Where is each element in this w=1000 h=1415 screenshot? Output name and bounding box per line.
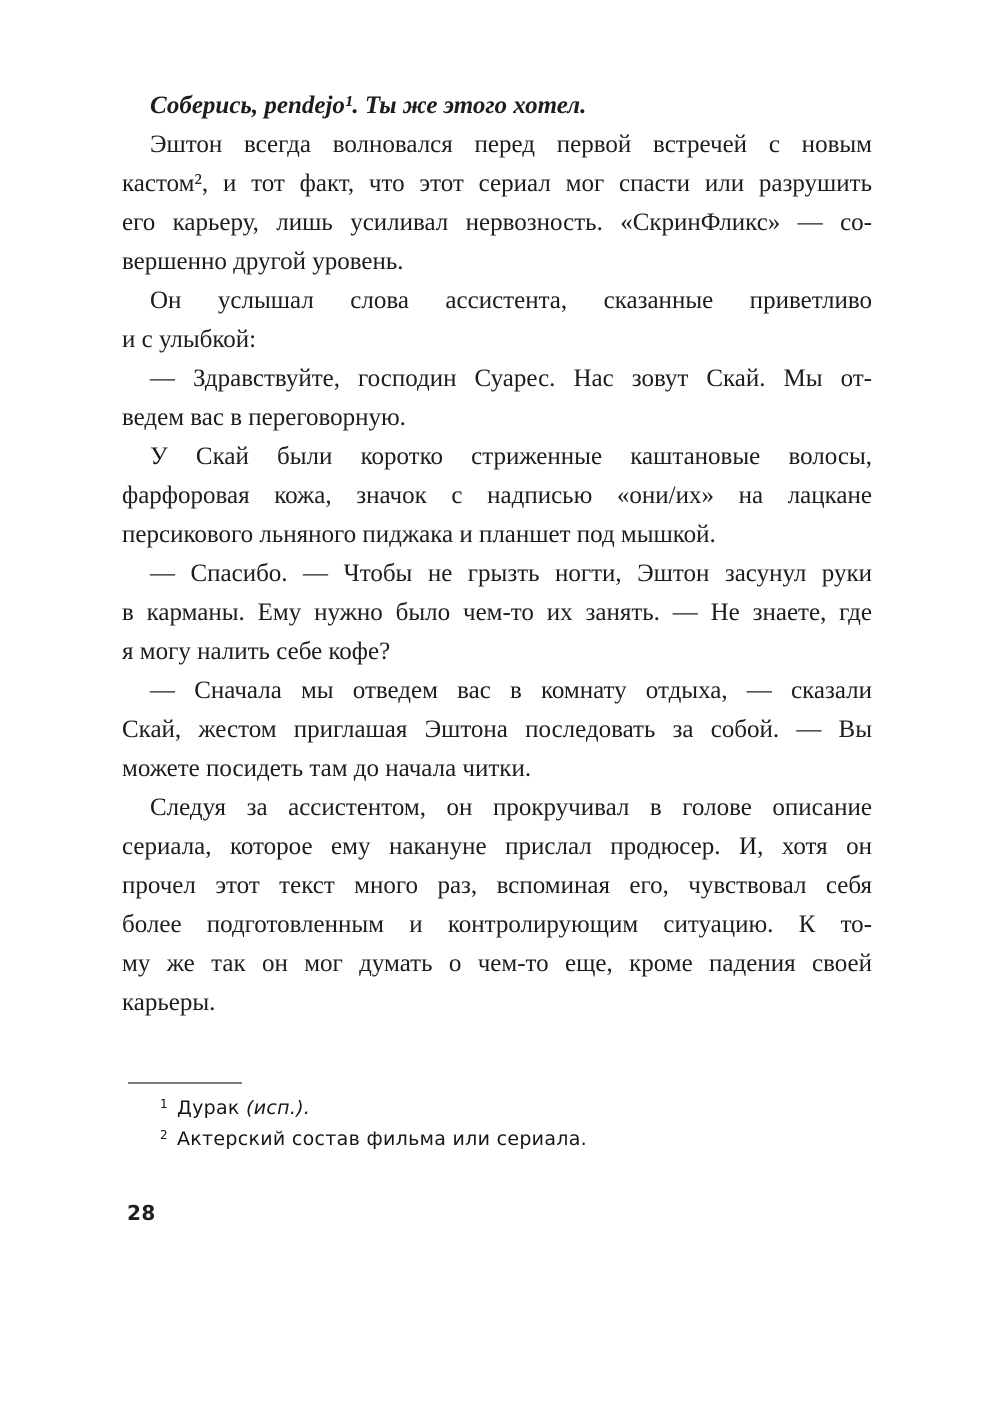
footnotes-block: 1Дурак (исп.).2Актерский состав фильма и… <box>122 1094 872 1156</box>
text-line: У Скай были коротко стриженные каштановы… <box>122 437 872 476</box>
text-line: прочел этот текст много раз, вспоминая е… <box>122 866 872 905</box>
footnote-text-italic: (исп.). <box>246 1097 310 1119</box>
text-line: кастом², и тот факт, что этот сериал мог… <box>122 164 872 203</box>
text-line: персикового льняного пиджака и планшет п… <box>122 515 872 554</box>
text-line: Скай, жестом приглашая Эштона последоват… <box>122 710 872 749</box>
text-line: я могу налить себе кофе? <box>122 632 872 671</box>
text-line: его карьеру, лишь усиливал нервозность. … <box>122 203 872 242</box>
footnote-divider <box>128 1082 242 1084</box>
lead-italic-line: Соберись, pendejo¹. Ты же этого хотел. <box>122 86 872 125</box>
text-line: — Здравствуйте, господин Суарес. Нас зов… <box>122 359 872 398</box>
footnote-text: Дурак <box>177 1097 246 1119</box>
footnote-marker: 1 <box>160 1090 168 1119</box>
footnote-text: Актерский состав фильма или сериала. <box>177 1128 587 1150</box>
text-line: — Спасибо. — Чтобы не грызть ногти, Эшто… <box>122 554 872 593</box>
text-line: можете посидеть там до начала читки. <box>122 749 872 788</box>
footnote-item: 2Актерский состав фильма или сериала. <box>122 1125 872 1156</box>
text-line: Эштон всегда волновался перед первой вст… <box>122 125 872 164</box>
text-line: му же так он мог думать о чем-то еще, кр… <box>122 944 872 983</box>
text-line: в карманы. Ему нужно было чем-то их заня… <box>122 593 872 632</box>
page-number: 28 <box>127 1201 156 1225</box>
text-line: сериала, которое ему накануне прислал пр… <box>122 827 872 866</box>
text-line: и с улыбкой: <box>122 320 872 359</box>
text-line: — Сначала мы отведем вас в комнату отдых… <box>122 671 872 710</box>
footnote-item: 1Дурак (исп.). <box>122 1094 872 1125</box>
footnote-marker: 2 <box>160 1121 168 1150</box>
text-line: вершенно другой уровень. <box>122 242 872 281</box>
text-line: Следуя за ассистентом, он прокручивал в … <box>122 788 872 827</box>
book-page: Соберись, pendejo¹. Ты же этого хотел.Эш… <box>0 0 1000 1415</box>
text-line: ведем вас в переговорную. <box>122 398 872 437</box>
page-body-text: Соберись, pendejo¹. Ты же этого хотел.Эш… <box>122 86 872 1022</box>
text-line: Он услышал слова ассистента, сказанные п… <box>122 281 872 320</box>
text-line: более подготовленным и контролирующим си… <box>122 905 872 944</box>
text-line: фарфоровая кожа, значок с надписью «они/… <box>122 476 872 515</box>
text-line: карьеры. <box>122 983 872 1022</box>
